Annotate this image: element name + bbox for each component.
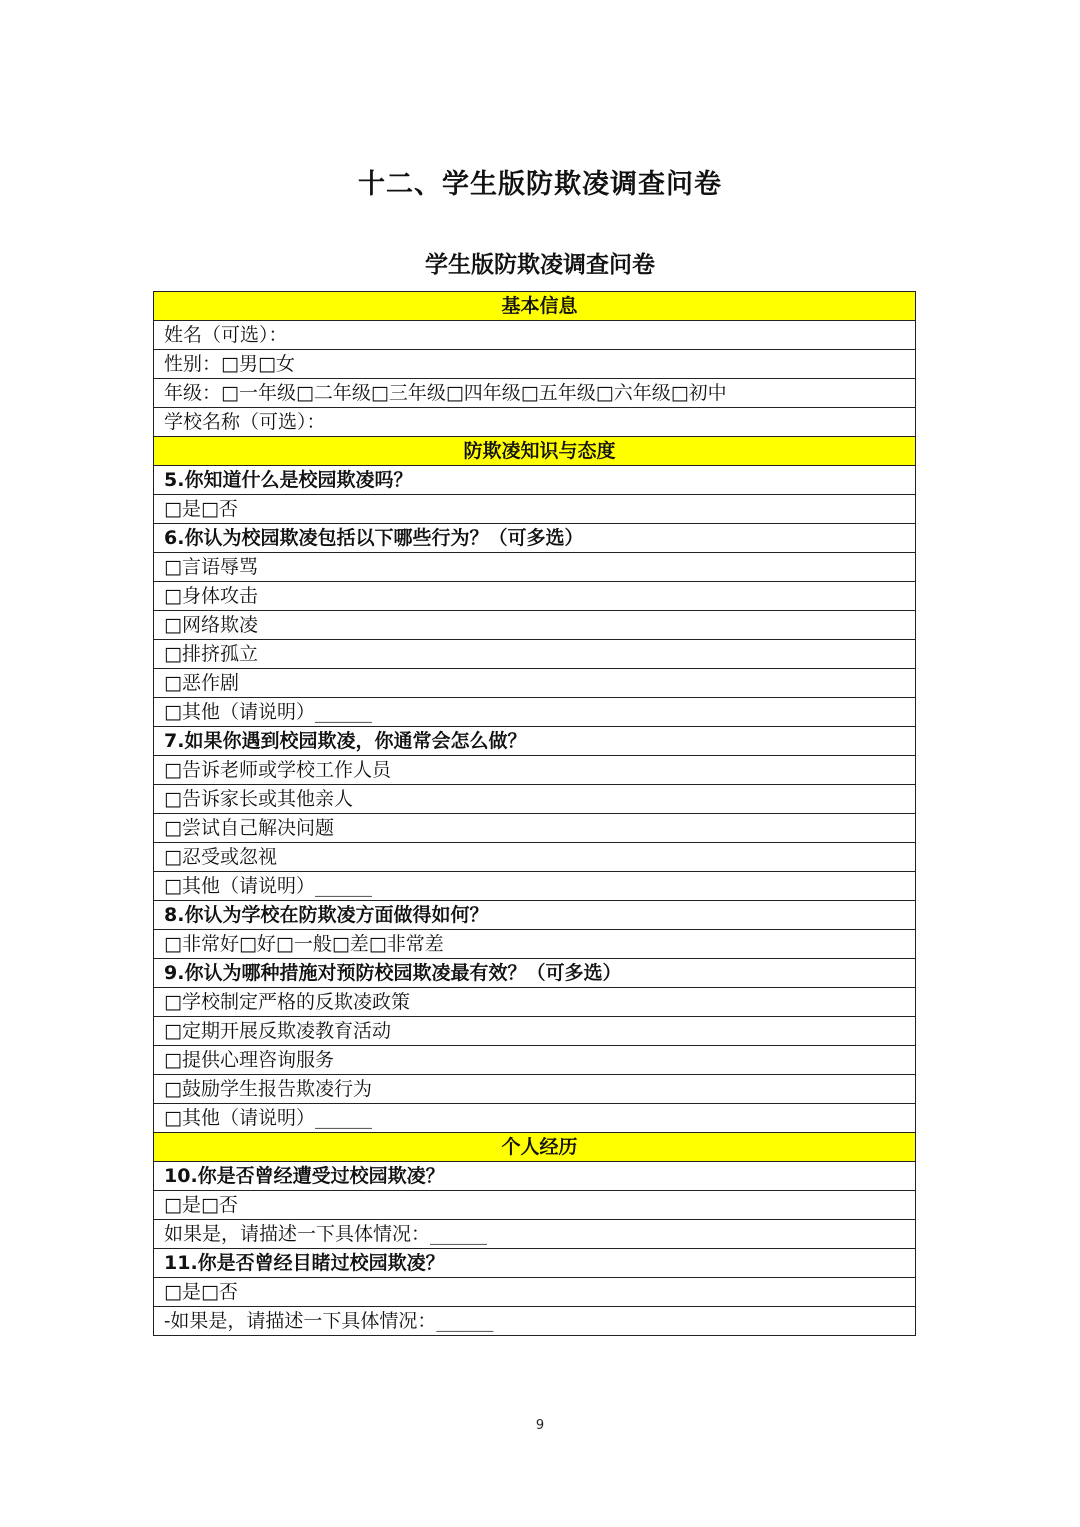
option-item[interactable]: □告诉老师或学校工作人员 bbox=[154, 756, 916, 785]
table-row: □其他（请说明）______ bbox=[154, 1104, 916, 1133]
table-row: □其他（请说明）______ bbox=[154, 698, 916, 727]
option-item[interactable]: □忍受或忽视 bbox=[154, 843, 916, 872]
table-row: 10.你是否曾经遭受过校园欺凌？ bbox=[154, 1162, 916, 1191]
table-row: □学校制定严格的反欺凌政策 bbox=[154, 988, 916, 1017]
main-title: 十二、学生版防欺凌调查问卷 bbox=[0, 162, 1080, 201]
section-header: 防欺凌知识与态度 bbox=[154, 437, 916, 466]
option-item[interactable]: □其他（请说明）______ bbox=[154, 872, 916, 901]
question-text: 7.如果你遇到校园欺凌，你通常会怎么做？ bbox=[154, 727, 916, 756]
question-text: 6.你认为校园欺凌包括以下哪些行为？（可多选） bbox=[154, 524, 916, 553]
form-field[interactable]: □是□否 bbox=[154, 1191, 916, 1220]
table-row: □其他（请说明）______ bbox=[154, 872, 916, 901]
table-row: 6.你认为校园欺凌包括以下哪些行为？（可多选） bbox=[154, 524, 916, 553]
form-field[interactable]: -如果是，请描述一下具体情况：______ bbox=[154, 1307, 916, 1336]
question-text: 5.你知道什么是校园欺凌吗？ bbox=[154, 466, 916, 495]
option-item[interactable]: □其他（请说明）______ bbox=[154, 1104, 916, 1133]
option-item[interactable]: □其他（请说明）______ bbox=[154, 698, 916, 727]
section-header-row: 防欺凌知识与态度 bbox=[154, 437, 916, 466]
table-row: □言语辱骂 bbox=[154, 553, 916, 582]
table-row: □网络欺凌 bbox=[154, 611, 916, 640]
form-field[interactable]: □是□否 bbox=[154, 1278, 916, 1307]
table-row: □是□否 bbox=[154, 495, 916, 524]
option-item[interactable]: □排挤孤立 bbox=[154, 640, 916, 669]
table-row: □告诉老师或学校工作人员 bbox=[154, 756, 916, 785]
table-row: 9.你认为哪种措施对预防校园欺凌最有效？（可多选） bbox=[154, 959, 916, 988]
option-item[interactable]: □恶作剧 bbox=[154, 669, 916, 698]
form-field[interactable]: 学校名称（可选）： bbox=[154, 408, 916, 437]
survey-title: 学生版防欺凌调查问卷 bbox=[0, 246, 1080, 279]
table-row: □非常好□好□一般□差□非常差 bbox=[154, 930, 916, 959]
table-row: □告诉家长或其他亲人 bbox=[154, 785, 916, 814]
table-row: □鼓励学生报告欺凌行为 bbox=[154, 1075, 916, 1104]
table-row: 8.你认为学校在防欺凌方面做得如何？ bbox=[154, 901, 916, 930]
question-text: 10.你是否曾经遭受过校园欺凌？ bbox=[154, 1162, 916, 1191]
table-row: 7.如果你遇到校园欺凌，你通常会怎么做？ bbox=[154, 727, 916, 756]
section-header: 个人经历 bbox=[154, 1133, 916, 1162]
form-field[interactable]: 年级：□一年级□二年级□三年级□四年级□五年级□六年级□初中 bbox=[154, 379, 916, 408]
option-item[interactable]: □鼓励学生报告欺凌行为 bbox=[154, 1075, 916, 1104]
question-text: 9.你认为哪种措施对预防校园欺凌最有效？（可多选） bbox=[154, 959, 916, 988]
section-header-row: 个人经历 bbox=[154, 1133, 916, 1162]
table-row: □排挤孤立 bbox=[154, 640, 916, 669]
table-row: 年级：□一年级□二年级□三年级□四年级□五年级□六年级□初中 bbox=[154, 379, 916, 408]
form-field[interactable]: 姓名（可选）： bbox=[154, 321, 916, 350]
table-row: □恶作剧 bbox=[154, 669, 916, 698]
table-row: □尝试自己解决问题 bbox=[154, 814, 916, 843]
question-text: 8.你认为学校在防欺凌方面做得如何？ bbox=[154, 901, 916, 930]
table-row: -如果是，请描述一下具体情况：______ bbox=[154, 1307, 916, 1336]
option-item[interactable]: □网络欺凌 bbox=[154, 611, 916, 640]
option-item[interactable]: □言语辱骂 bbox=[154, 553, 916, 582]
option-item[interactable]: □定期开展反欺凌教育活动 bbox=[154, 1017, 916, 1046]
question-text: 11.你是否曾经目睹过校园欺凌？ bbox=[154, 1249, 916, 1278]
section-header-row: 基本信息 bbox=[154, 292, 916, 321]
form-field[interactable]: 如果是，请描述一下具体情况：______ bbox=[154, 1220, 916, 1249]
table-row: 学校名称（可选）： bbox=[154, 408, 916, 437]
option-item[interactable]: □身体攻击 bbox=[154, 582, 916, 611]
option-item[interactable]: □尝试自己解决问题 bbox=[154, 814, 916, 843]
table-row: 如果是，请描述一下具体情况：______ bbox=[154, 1220, 916, 1249]
table-row: □是□否 bbox=[154, 1278, 916, 1307]
form-field[interactable]: 性别：□男□女 bbox=[154, 350, 916, 379]
table-row: 11.你是否曾经目睹过校园欺凌？ bbox=[154, 1249, 916, 1278]
form-field[interactable]: □是□否 bbox=[154, 495, 916, 524]
table-row: 5.你知道什么是校园欺凌吗？ bbox=[154, 466, 916, 495]
survey-table: 基本信息姓名（可选）：性别：□男□女年级：□一年级□二年级□三年级□四年级□五年… bbox=[153, 291, 916, 1336]
table-row: □身体攻击 bbox=[154, 582, 916, 611]
section-header: 基本信息 bbox=[154, 292, 916, 321]
page-number: 9 bbox=[0, 1418, 1080, 1433]
table-row: 性别：□男□女 bbox=[154, 350, 916, 379]
table-row: 姓名（可选）： bbox=[154, 321, 916, 350]
table-row: □忍受或忽视 bbox=[154, 843, 916, 872]
table-row: □提供心理咨询服务 bbox=[154, 1046, 916, 1075]
form-field[interactable]: □非常好□好□一般□差□非常差 bbox=[154, 930, 916, 959]
option-item[interactable]: □学校制定严格的反欺凌政策 bbox=[154, 988, 916, 1017]
table-row: □是□否 bbox=[154, 1191, 916, 1220]
option-item[interactable]: □提供心理咨询服务 bbox=[154, 1046, 916, 1075]
table-row: □定期开展反欺凌教育活动 bbox=[154, 1017, 916, 1046]
option-item[interactable]: □告诉家长或其他亲人 bbox=[154, 785, 916, 814]
